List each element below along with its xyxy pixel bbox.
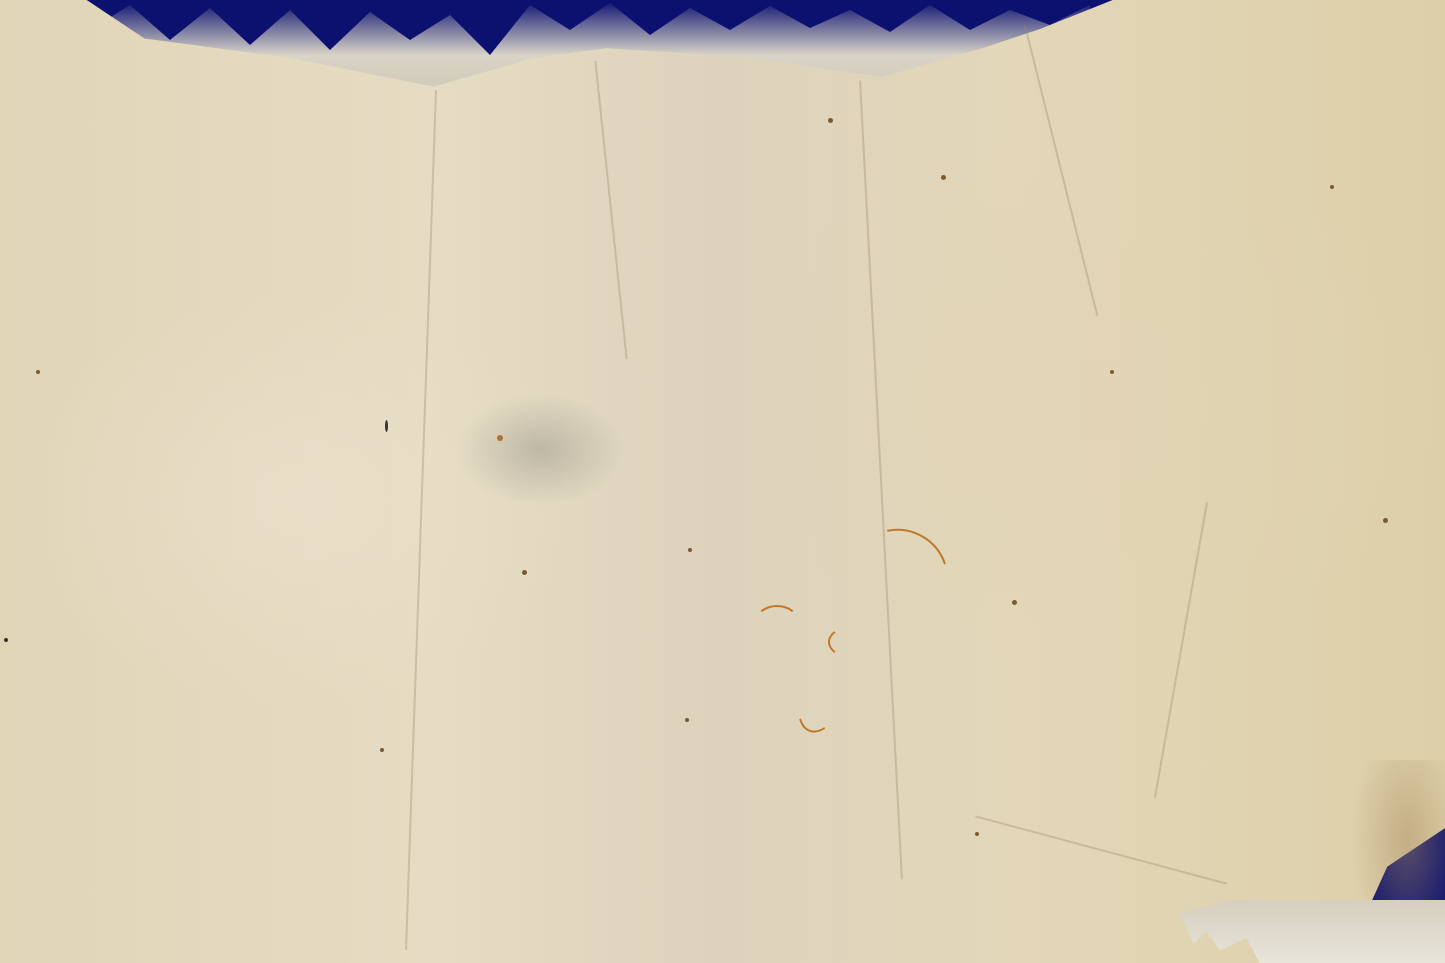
speck	[1012, 600, 1017, 605]
speck	[1110, 370, 1114, 374]
speck	[497, 435, 503, 441]
speck	[975, 832, 979, 836]
speck	[828, 118, 833, 123]
speck	[1330, 185, 1334, 189]
stain-mark	[755, 605, 799, 639]
speck	[1383, 518, 1388, 523]
photo-scene	[0, 0, 1445, 963]
speck	[522, 570, 527, 575]
speck	[688, 548, 692, 552]
speck	[941, 175, 946, 180]
speck	[380, 748, 384, 752]
speck	[385, 420, 388, 432]
speck	[4, 638, 8, 642]
stain-mark	[828, 625, 882, 659]
hide-surface	[0, 0, 1445, 963]
speck	[36, 370, 40, 374]
speck	[685, 718, 689, 722]
